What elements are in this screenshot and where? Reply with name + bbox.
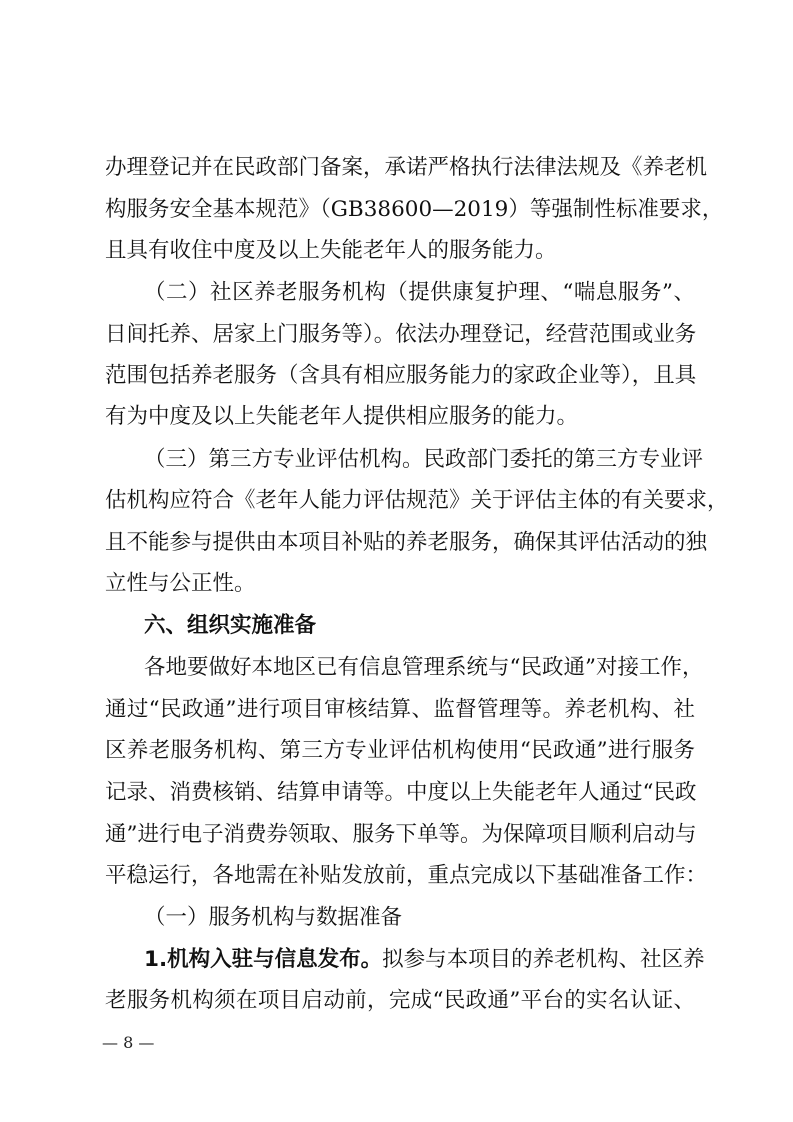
paragraph-line: 构服务安全基本规范》（GB38600—2019）等强制性标准要求， — [105, 189, 695, 231]
paragraph-line: 办理登记并在民政部门备案，承诺严格执行法律法规及《养老机 — [105, 147, 695, 189]
paragraph-line: 且不能参与提供由本项目补贴的养老服务，确保其评估活动的独 — [105, 522, 695, 564]
numbered-item-text: 拟参与本项目的养老机构、社区养 — [382, 947, 705, 972]
paragraph-line: 且具有收住中度及以上失能老年人的服务能力。 — [105, 230, 695, 272]
paragraph-line: 通”进行电子消费券领取、服务下单等。为保障项目顺利启动与 — [105, 814, 695, 856]
page-number: — 8 — — [102, 1030, 154, 1056]
numbered-item: 1.机构入驻与信息发布。拟参与本项目的养老机构、社区养 — [144, 939, 695, 981]
paragraph-line: 范围包括养老服务（含具有相应服务能力的家政企业等），且具 — [105, 355, 695, 397]
paragraph-line: 立性与公正性。 — [105, 563, 695, 605]
numbered-item-title: 1.机构入驻与信息发布。 — [144, 947, 382, 972]
paragraph-line: 老服务机构须在项目启动前，完成“民政通”平台的实名认证、 — [105, 980, 695, 1022]
paragraph-line: 有为中度及以上失能老年人提供相应服务的能力。 — [105, 396, 695, 438]
paragraph-line: 平稳运行，各地需在补贴发放前，重点完成以下基础准备工作： — [105, 855, 695, 897]
document-page: 办理登记并在民政部门备案，承诺严格执行法律法规及《养老机 构服务安全基本规范》（… — [0, 0, 793, 1122]
paragraph-line: 各地要做好本地区已有信息管理系统与“民政通”对接工作， — [144, 647, 695, 689]
subheading-community-service: （二）社区养老服务机构（提供康复护理、“喘息服务”、 — [144, 272, 695, 314]
paragraph-line: 记录、消费核销、结算申请等。中度以上失能老年人通过“民政 — [105, 772, 695, 814]
paragraph-line: 日间托养、居家上门服务等）。依法办理登记，经营范围或业务 — [105, 314, 695, 356]
paragraph-line: 通过“民政通”进行项目审核结算、监督管理等。养老机构、社 — [105, 689, 695, 731]
section-heading: 六、组织实施准备 — [144, 605, 695, 647]
paragraph-line: 估机构应符合《老年人能力评估规范》关于评估主体的有关要求， — [105, 480, 695, 522]
subheading-third-party-assessment: （三）第三方专业评估机构。民政部门委托的第三方专业评 — [144, 439, 695, 481]
subheading-institutions-data: （一）服务机构与数据准备 — [144, 897, 695, 939]
paragraph-line: 区养老服务机构、第三方专业评估机构使用“民政通”进行服务 — [105, 730, 695, 772]
